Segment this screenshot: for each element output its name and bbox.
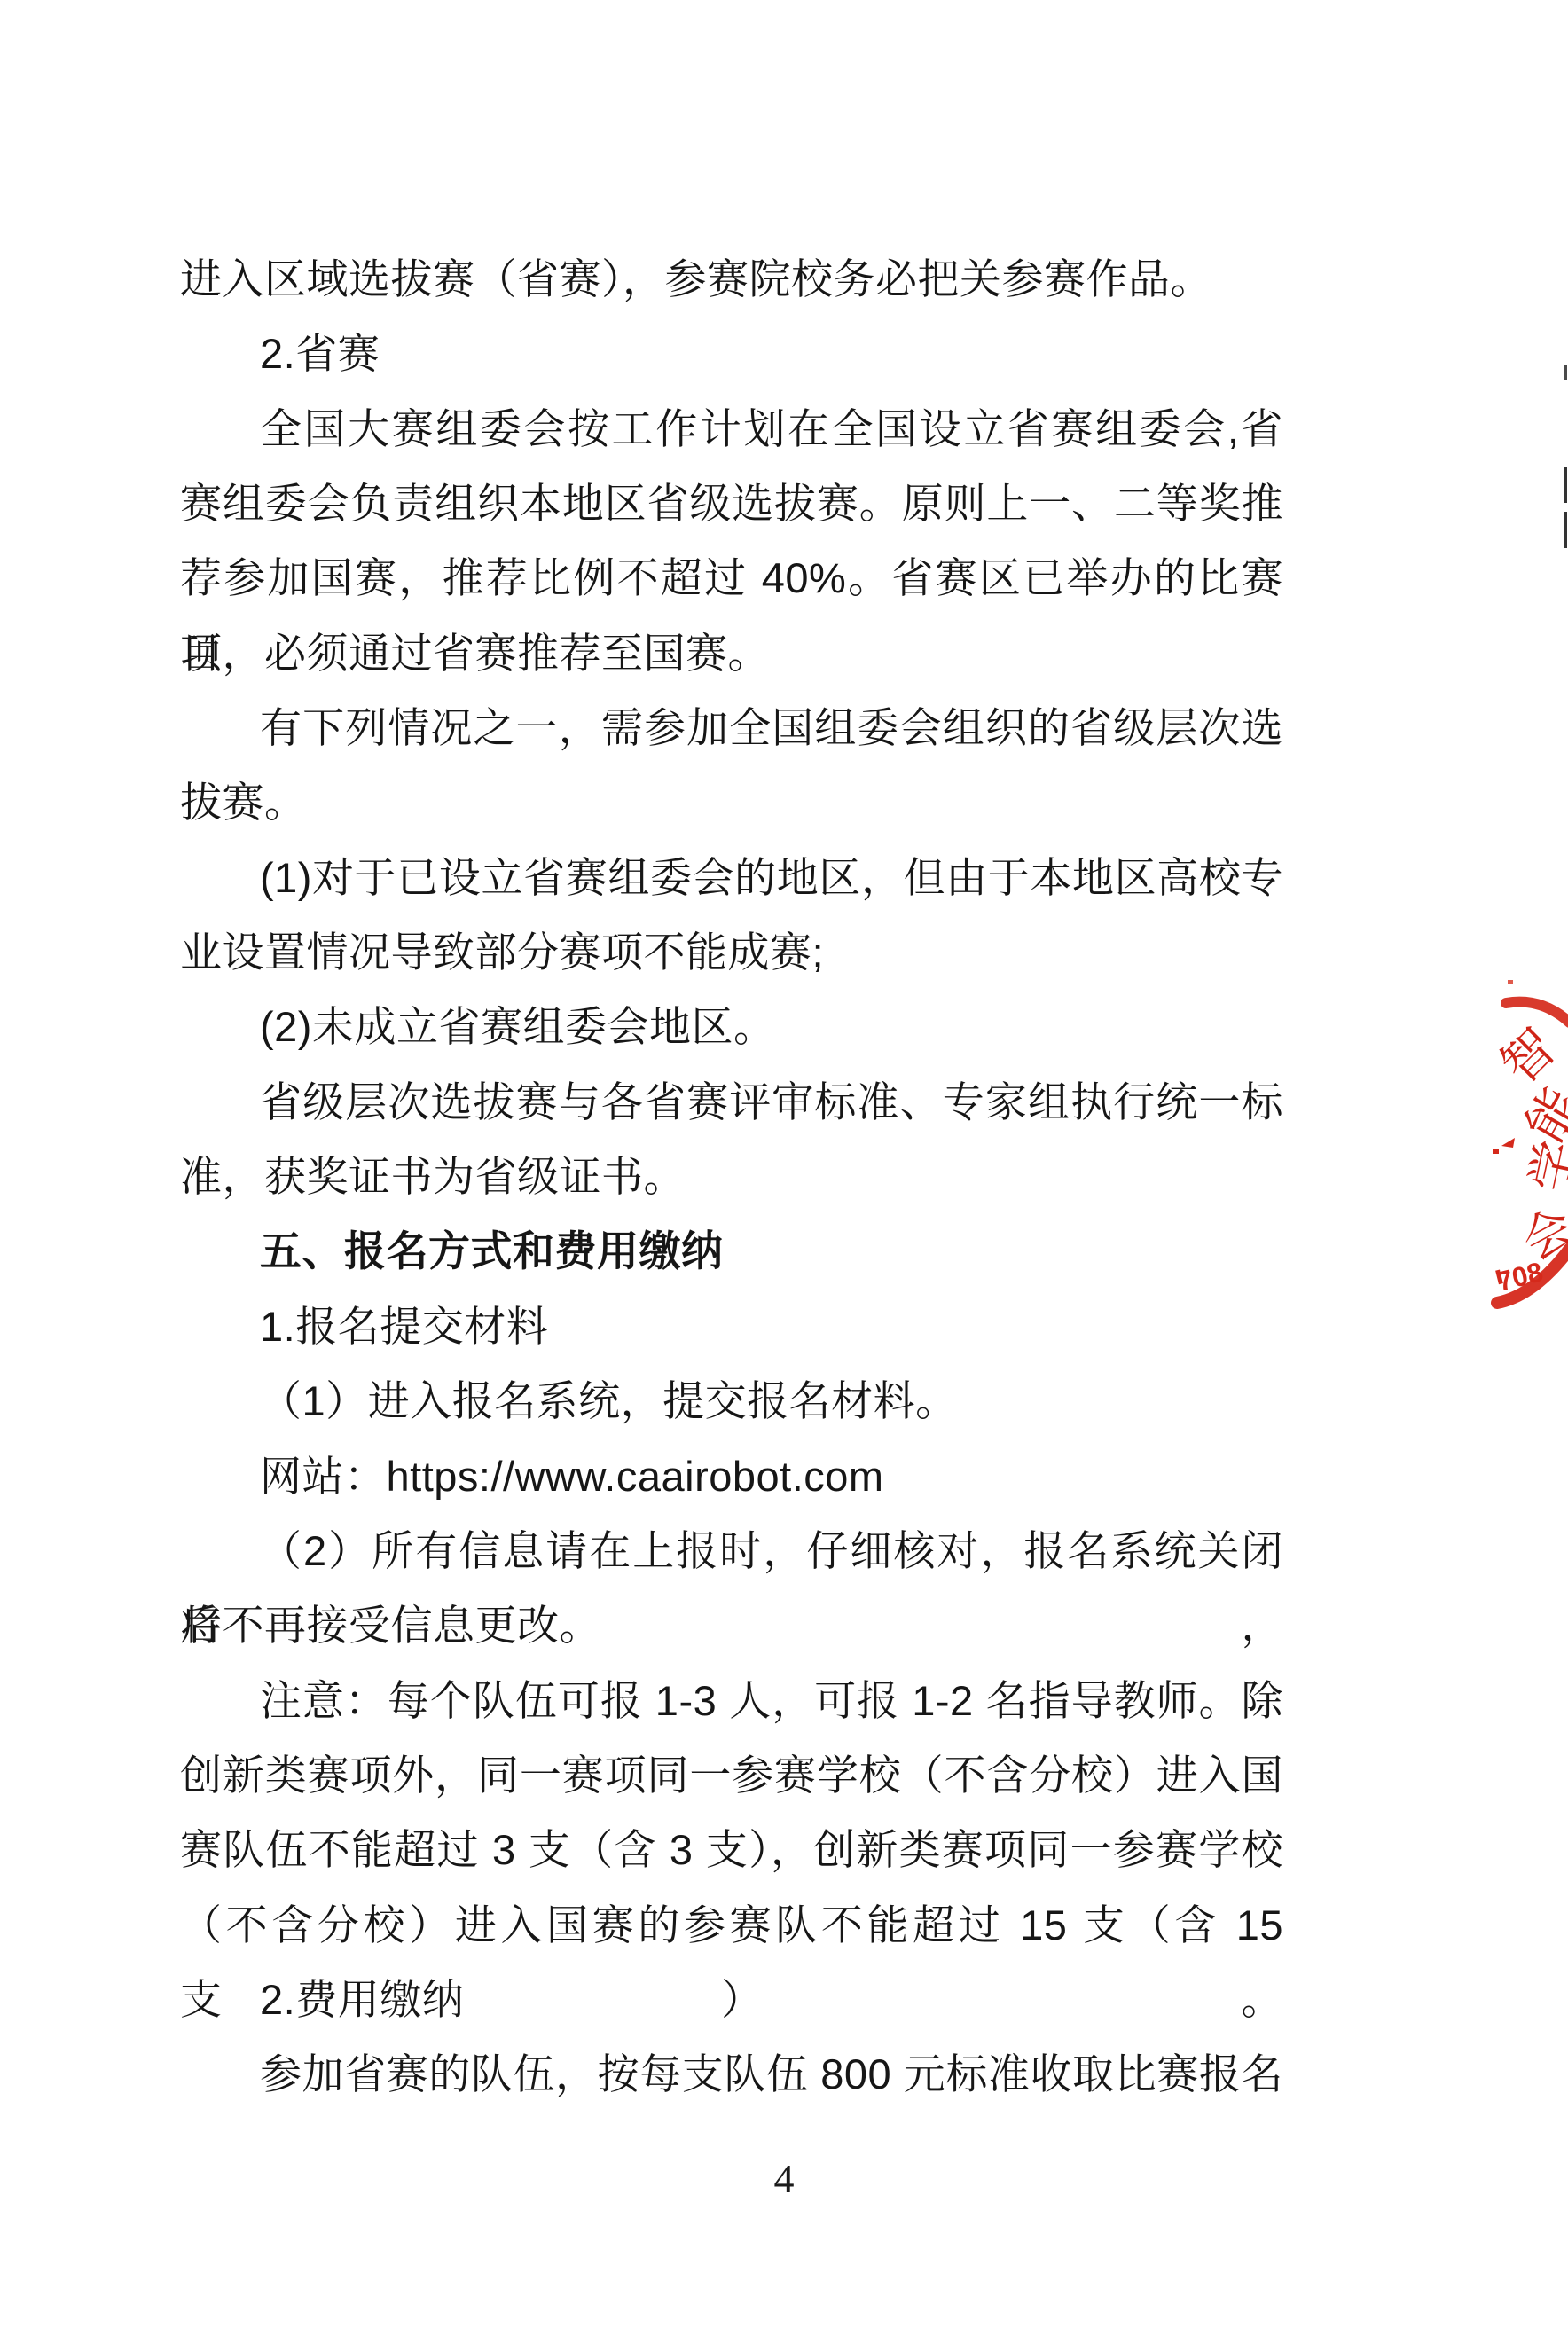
- text-line: 业设置情况导致部分赛项不能成赛;: [180, 915, 1283, 990]
- scan-artifact: [1564, 467, 1567, 503]
- text-line: 创新类赛项外，同一赛项同一参赛学校（不含分校）进入国: [180, 1738, 1283, 1813]
- website-line: 网站：https://www.caairobot.com: [180, 1439, 1283, 1514]
- seal-ink-speck: [1493, 1149, 1499, 1154]
- scan-artifact: [1564, 512, 1567, 548]
- official-seal-stamp: 智 能 学 会 708: [1401, 958, 1568, 1330]
- text-line: 有下列情况之一，需参加全国组委会组织的省级层次选: [180, 691, 1283, 765]
- text-line: 赛组委会负责组织本地区省级选拔赛。原则上一、二等奖推: [180, 466, 1283, 541]
- text-line: 参加省赛的队伍，按每支队伍 800 元标准收取比赛报名: [180, 2037, 1283, 2112]
- scan-artifact: [1564, 365, 1567, 380]
- text-line: 准，获奖证书为省级证书。: [180, 1140, 1283, 1214]
- text-line: 荐参加国赛，推荐比例不超过 40%。省赛区已举办的比赛项: [180, 541, 1283, 615]
- text-line: 省级层次选拔赛与各省赛评审标准、专家组执行统一标: [180, 1065, 1283, 1140]
- section-heading: 五、报名方式和费用缴纳: [180, 1214, 1283, 1289]
- document-body: 进入区域选拔赛（省赛），参赛院校务必把关参赛作品。 2.省赛 全国大赛组委会按工…: [180, 242, 1283, 2113]
- seal-ink-speck: [1501, 1138, 1515, 1148]
- text-line: 进入区域选拔赛（省赛），参赛院校务必把关参赛作品。: [180, 242, 1283, 317]
- text-line: 2.省赛: [180, 317, 1283, 391]
- text-line: 赛队伍不能超过 3 支（含 3 支），创新类赛项同一参赛学校: [180, 1813, 1283, 1887]
- seal-number: 708: [1494, 1256, 1547, 1297]
- text-line: （不含分校）进入国赛的参赛队不能超过 15 支（含 15 支）。: [180, 1888, 1283, 1963]
- text-line: （1）进入报名系统，提交报名材料。: [180, 1364, 1283, 1439]
- text-line: (1)对于已设立省赛组委会的地区，但由于本地区高校专: [180, 841, 1283, 915]
- text-line: (2)未成立省赛组委会地区。: [180, 990, 1283, 1064]
- text-line: 1.报名提交材料: [180, 1290, 1283, 1364]
- seal-ink-speck: [1508, 980, 1513, 984]
- text-line: 拔赛。: [180, 765, 1283, 840]
- seal-top-arc: [1506, 1002, 1568, 1023]
- text-line: 目，必须通过省赛推荐至国赛。: [180, 616, 1283, 691]
- text-line: 注意：每个队伍可报 1-3 人，可报 1-2 名指导教师。除: [180, 1664, 1283, 1738]
- seal-character: 智: [1490, 1017, 1567, 1094]
- page-number: 4: [0, 2155, 1568, 2203]
- text-line: （2）所有信息请在上报时，仔细核对，报名系统关闭后，: [180, 1514, 1283, 1588]
- text-line: 全国大赛组委会按工作计划在全国设立省赛组委会,省: [180, 392, 1283, 466]
- seal-character: 学: [1520, 1136, 1568, 1196]
